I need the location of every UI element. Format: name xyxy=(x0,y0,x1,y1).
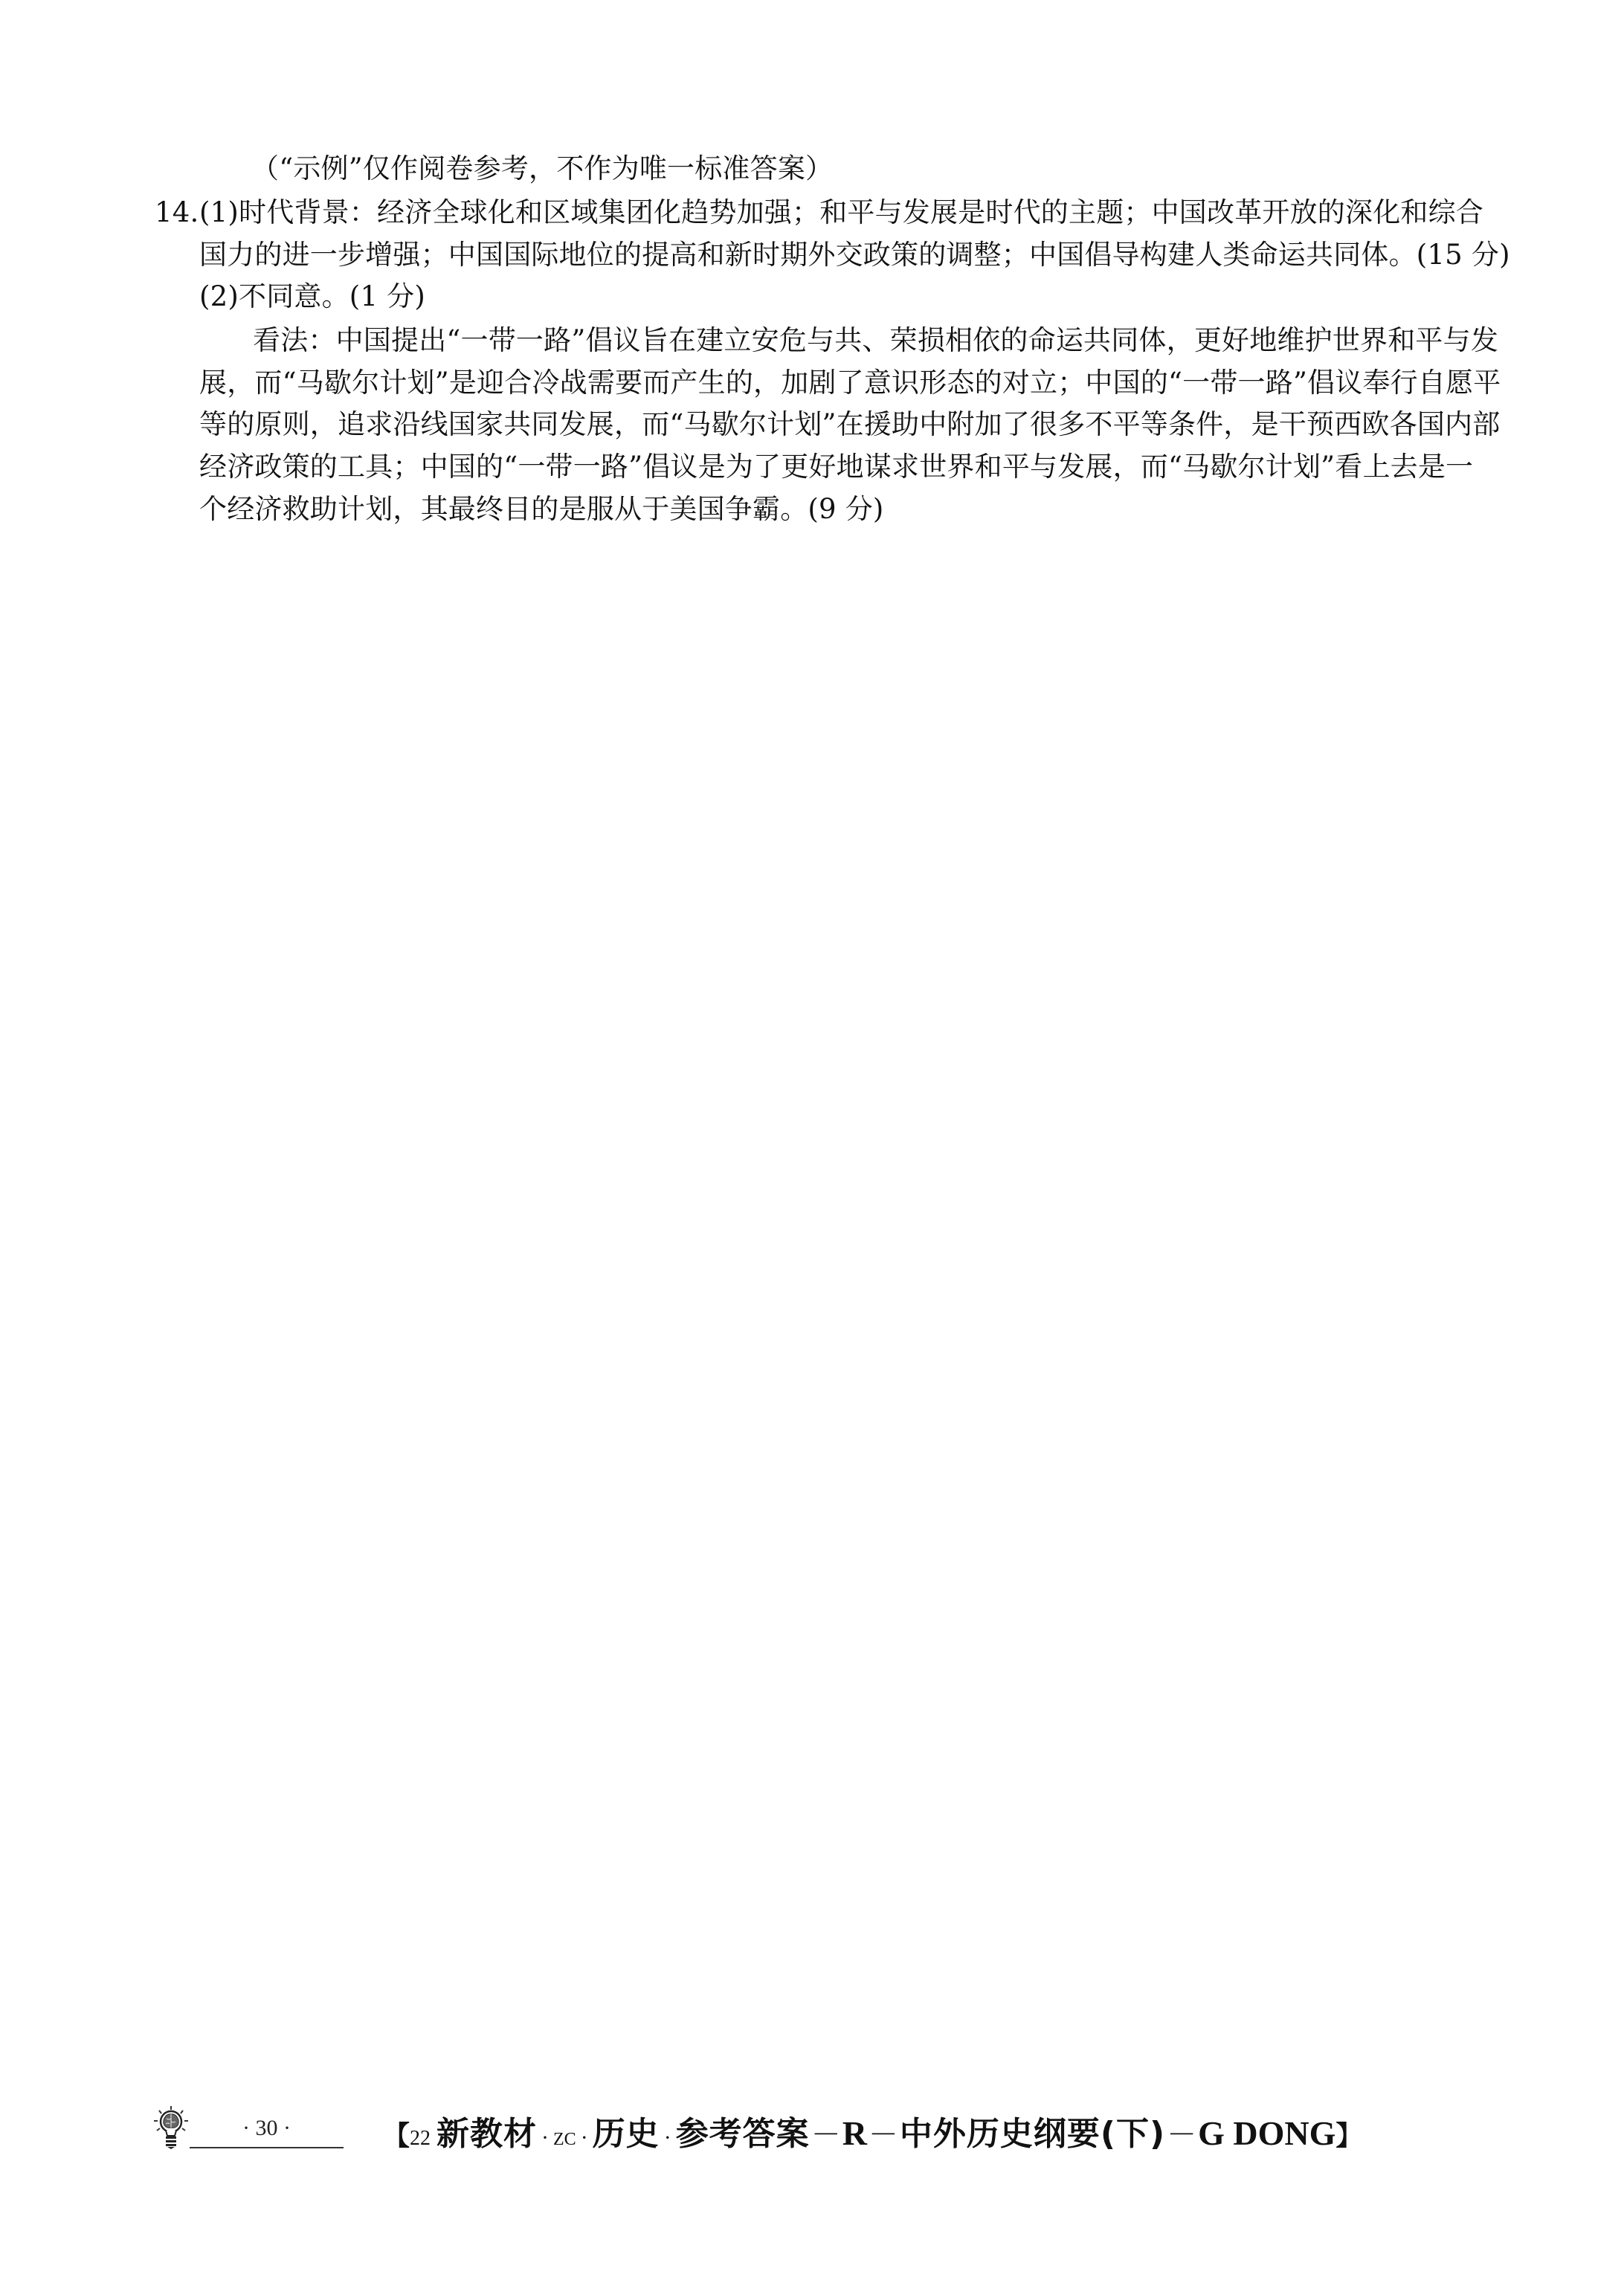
title-doc-type: 参考答案 xyxy=(676,2107,810,2154)
part2-line-3: 等的原则，追求沿线国家共同发展，而“马歇尔计划”在援助中附加了很多不平等条件，是… xyxy=(199,403,1470,445)
part1-line-1: (1)时代背景：经济全球化和区域集团化趋势加强；和平与发展是时代的主题；中国改革… xyxy=(199,191,1470,234)
page-footer: · 30 · 【 22 新教材 · ZC · 历史 · 参考答案 － R － 中… xyxy=(0,2101,1624,2160)
title-dash: － xyxy=(811,2111,841,2154)
title-open-bracket: 【 xyxy=(383,2115,410,2153)
title-separator: · xyxy=(541,2125,549,2151)
title-code: ZC xyxy=(553,2130,576,2150)
page-number: · 30 · xyxy=(190,2111,344,2148)
part1-line-2: 国力的进一步增强；中国国际地位的提高和新时期外交政策的调整；中国倡导构建人类命运… xyxy=(199,234,1470,276)
answer-page: （“示例”仅作阅卷参考，不作为唯一标准答案） 14. (1)时代背景：经济全球化… xyxy=(0,0,1624,2283)
question-number: 14. xyxy=(155,191,199,234)
title-edition: R xyxy=(842,2113,867,2153)
title-year: 22 xyxy=(410,2127,431,2151)
part2-line-5: 个经济救助计划，其最终目的是服从于美国争霸。(9 分) xyxy=(199,488,1470,530)
title-dash: － xyxy=(869,2111,898,2154)
title-series: 新教材 xyxy=(436,2107,537,2154)
title-region: G DONG xyxy=(1198,2113,1335,2153)
title-separator: · xyxy=(664,2125,671,2151)
title-subject: 历史 xyxy=(593,2107,660,2154)
book-title: 【 22 新教材 · ZC · 历史 · 参考答案 － R － 中外历史纲要(下… xyxy=(383,2107,1362,2148)
part2-line-2: 展，而“马歇尔计划”是迎合冷战需要而产生的，加剧了意识形态的对立；中国的“一带一… xyxy=(199,361,1470,404)
part2-answer: (2)不同意。(1 分) xyxy=(199,275,1470,318)
part2-line-4: 经济政策的工具；中国的“一带一路”倡议是为了更好地谋求世界和平与发展，而“马歇尔… xyxy=(199,445,1470,488)
title-close-bracket: 】 xyxy=(1335,2115,1362,2153)
lightbulb-brain-icon xyxy=(152,2105,190,2150)
grading-note: （“示例”仅作阅卷参考，不作为唯一标准答案） xyxy=(251,147,833,190)
title-book: 中外历史纲要(下) xyxy=(900,2107,1165,2154)
title-separator: · xyxy=(581,2125,588,2151)
title-dash: － xyxy=(1167,2111,1196,2154)
part2-line-1: 看法：中国提出“一带一路”倡议旨在建立安危与共、荣损相依的命运共同体，更好地维护… xyxy=(253,319,1470,361)
